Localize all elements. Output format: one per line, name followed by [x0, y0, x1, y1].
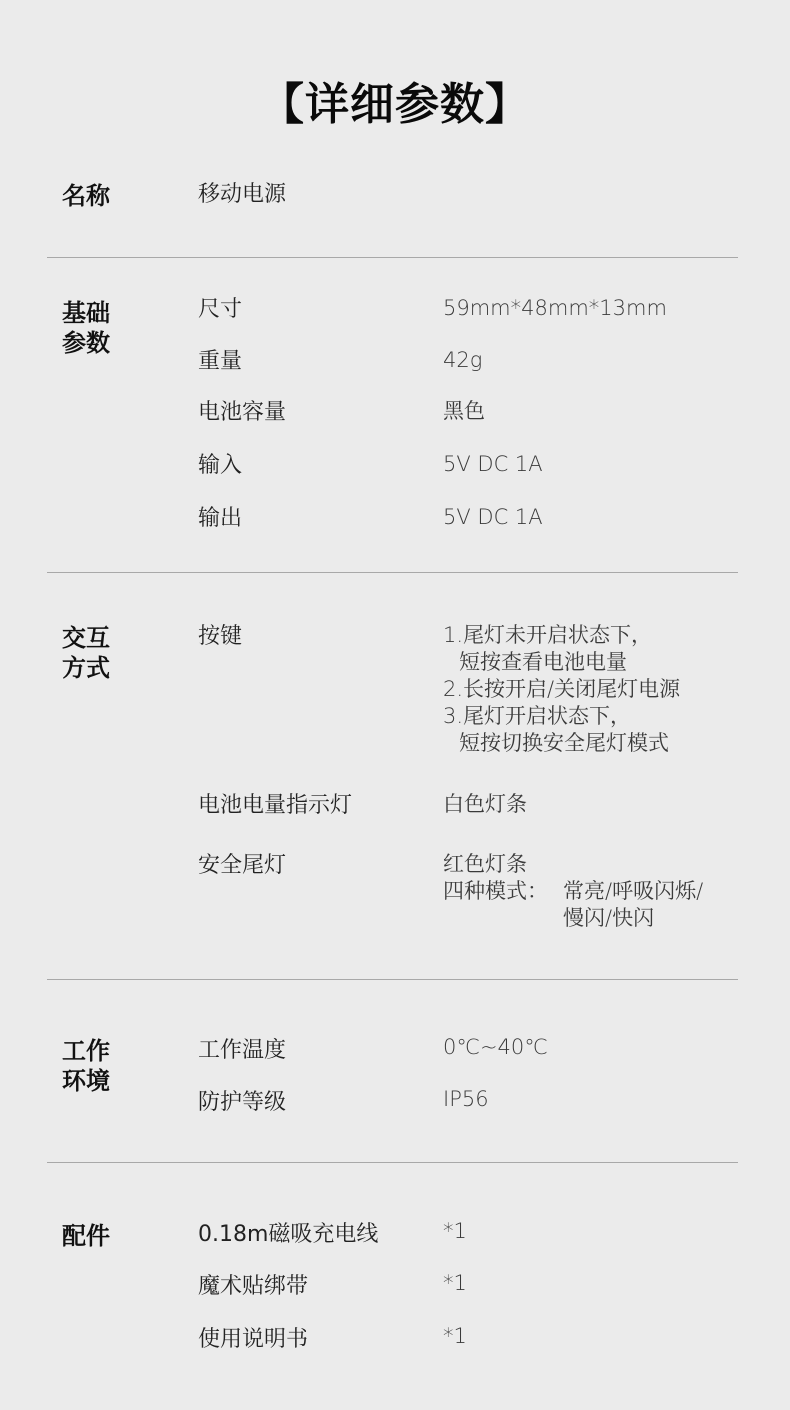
- spec-value-size: 59mm*48mm*13mm: [443, 295, 667, 322]
- button-line: 2.长按开启/关闭尾灯电源: [443, 676, 680, 703]
- accessory-qty: *1: [443, 1270, 467, 1297]
- divider: [47, 572, 738, 573]
- taillight-color: 红色灯条: [443, 851, 703, 878]
- button-line: 短按查看电池电量: [443, 649, 680, 676]
- spec-label-protection: 防护等级: [198, 1089, 286, 1117]
- category-line: 参数: [62, 328, 132, 358]
- spec-value-temperature: 0℃~40℃: [443, 1034, 548, 1061]
- spec-value-indicator: 白色灯条: [443, 791, 527, 818]
- spec-label-output: 输出: [198, 505, 242, 533]
- spec-value-button: 1.尾灯未开启状态下， 短按查看电池电量 2.长按开启/关闭尾灯电源 3.尾灯开…: [443, 622, 680, 757]
- category-line: 工作: [62, 1036, 132, 1066]
- spec-label-input: 输入: [198, 452, 242, 480]
- spec-value-output: 5V DC 1A: [443, 504, 543, 531]
- category-line: 基础: [62, 298, 132, 328]
- button-line: 1.尾灯未开启状态下，: [443, 622, 680, 649]
- divider: [47, 979, 738, 980]
- modes-prefix: 四种模式：: [443, 878, 563, 905]
- spec-label-indicator: 电池电量指示灯: [198, 792, 352, 820]
- divider: [47, 257, 738, 258]
- accessory-label: 魔术贴绑带: [198, 1273, 308, 1301]
- spec-label-capacity: 电池容量: [198, 399, 286, 427]
- button-line: 3.尾灯开启状态下，: [443, 703, 680, 730]
- taillight-modes-cont: 慢闪/快闪: [443, 905, 703, 932]
- accessory-label: 0.18m磁吸充电线: [198, 1221, 378, 1249]
- category-name: 名称: [62, 181, 132, 211]
- category-line: 方式: [62, 653, 132, 683]
- accessory-qty: *1: [443, 1323, 467, 1350]
- spec-label-button: 按键: [198, 623, 242, 651]
- button-line: 短按切换安全尾灯模式: [443, 730, 680, 757]
- spec-page: 【详细参数】 名称 移动电源 基础 参数 尺寸 59mm*48mm*13mm 重…: [0, 0, 790, 1410]
- category-basic: 基础 参数: [62, 298, 132, 358]
- spec-value-taillight: 红色灯条 四种模式： 常亮/呼吸闪烁/ 慢闪/快闪: [443, 851, 703, 932]
- divider: [47, 1162, 738, 1163]
- spec-label-taillight: 安全尾灯: [198, 852, 286, 880]
- category-line: 环境: [62, 1066, 132, 1096]
- modes-line1: 常亮/呼吸闪烁/: [563, 878, 703, 905]
- accessory-label: 使用说明书: [198, 1326, 308, 1354]
- spec-value-capacity: 黑色: [443, 398, 485, 425]
- taillight-modes: 四种模式： 常亮/呼吸闪烁/: [443, 878, 703, 905]
- spec-label-temperature: 工作温度: [198, 1037, 286, 1065]
- spacer: [443, 905, 563, 932]
- page-title: 【详细参数】: [0, 68, 790, 132]
- spec-label-size: 尺寸: [198, 296, 242, 324]
- category-interaction: 交互 方式: [62, 623, 132, 683]
- accessory-qty: *1: [443, 1218, 467, 1245]
- category-environment: 工作 环境: [62, 1036, 132, 1096]
- spec-value-input: 5V DC 1A: [443, 451, 543, 478]
- modes-line2: 慢闪/快闪: [563, 905, 654, 932]
- category-accessories: 配件: [62, 1221, 132, 1251]
- category-line: 交互: [62, 623, 132, 653]
- spec-value-protection: IP56: [443, 1086, 489, 1113]
- product-name: 移动电源: [198, 181, 286, 209]
- spec-label-weight: 重量: [198, 348, 242, 376]
- spec-value-weight: 42g: [443, 347, 482, 374]
